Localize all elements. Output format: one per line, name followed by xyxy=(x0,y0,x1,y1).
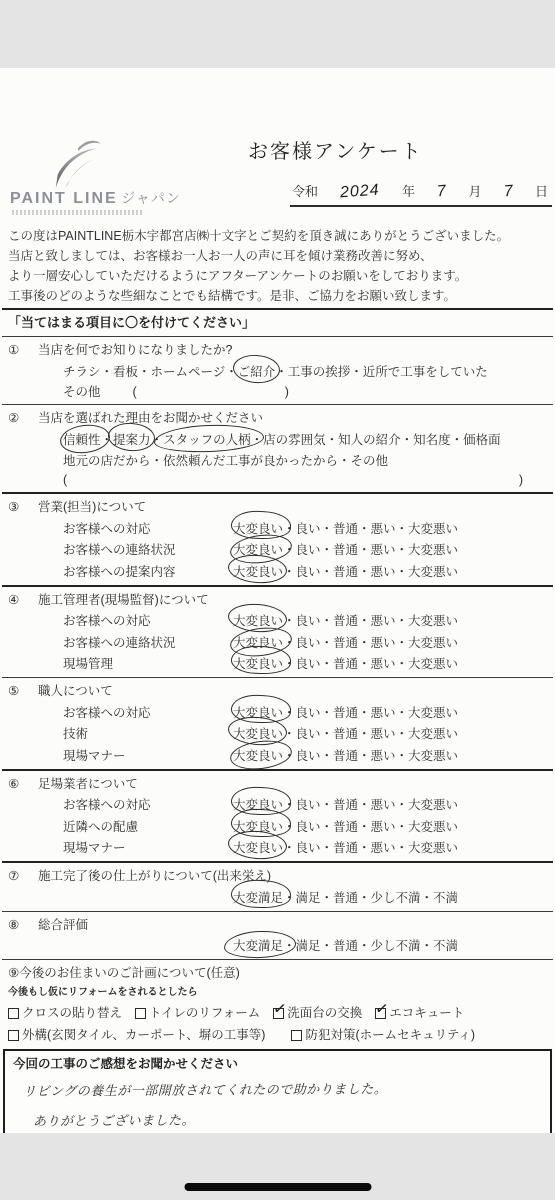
rating-row: 大変満足・満足・普通・少し不満・不満 xyxy=(8,936,547,958)
rating-label: お客様への提案内容 xyxy=(63,562,233,582)
rating-scale: 大変良い・良い・普通・悪い・大変悪い xyxy=(233,562,458,582)
checkbox-label: トイレのリフォーム xyxy=(149,1003,260,1023)
circled-answer: 信頼性 xyxy=(63,430,101,450)
intro-line: より一層安心していただけるようにアフターアンケートのお願いをしております。 xyxy=(8,266,547,286)
checkbox-toilet-reform: トイレのリフォーム xyxy=(135,1003,260,1023)
divider-line xyxy=(2,492,553,494)
question-number: ⑤ xyxy=(8,681,26,701)
question-2-section: ② 当店を選ばれた理由をお聞かせください 信頼性・提案力・スタッフの人柄・店の雰… xyxy=(8,407,547,490)
rating-scale: 大変良い・良い・普通・悪い・大変悪い xyxy=(233,724,458,744)
question-title: 営業(担当)について xyxy=(38,497,146,517)
circled-answer: ご紹介 xyxy=(238,362,276,382)
paren-close: ) xyxy=(285,382,289,402)
intro-line: この度はPAINTLINE栃木宇都宮店㈱十文字とご契約を頂き誠にありがとうござい… xyxy=(8,226,547,246)
checkbox-cloth-replacement: クロスの貼り替え xyxy=(8,1003,122,1023)
paren-open: ( xyxy=(133,382,137,402)
scale-rest: ・満足・普通・少し不満・不満 xyxy=(283,891,458,905)
document-header: PAINT LINE ジャパン お客様アンケート 令和 2024 年 7 月 7… xyxy=(8,68,547,226)
option-text: ・工事の挨拶・近所で工事をしていた xyxy=(275,362,488,382)
other-option-line: その他 ( ) xyxy=(8,382,547,402)
rating-label: お客様への連絡状況 xyxy=(63,633,233,653)
question-title: 職人について xyxy=(38,681,113,701)
date-month-handwritten: 7 xyxy=(437,182,448,203)
checkbox-label: 外構(玄関タイル、カーポート、塀の工事等) xyxy=(22,1025,265,1045)
rating-scale: 大変良い・良い・普通・悪い・大変悪い xyxy=(233,654,458,674)
question-title: 総合評価 xyxy=(38,915,88,935)
divider-line xyxy=(2,308,553,310)
checkbox-box-icon xyxy=(375,1008,386,1019)
question-3-section: ③ 営業(担当)について お客様への対応 大変良い・良い・普通・悪い・大変悪い … xyxy=(8,496,547,583)
question-5-section: ⑤ 職人について お客様への対応 大変良い・良い・普通・悪い・大変悪い 技術 大… xyxy=(8,680,547,767)
rating-row: お客様への連絡状況 大変良い・良い・普通・悪い・大変悪い xyxy=(8,632,547,654)
rating-label: 技術 xyxy=(63,724,233,744)
question-number: ⑨ xyxy=(8,963,19,983)
scale-rest: ・良い・普通・悪い・大変悪い xyxy=(283,636,458,650)
handwritten-comment: ありがとうございました。 xyxy=(13,1108,542,1132)
question-6-section: ⑥ 足場業者について お客様への対応 大変良い・良い・普通・悪い・大変悪い 近隣… xyxy=(8,773,547,860)
scale-rest: ・良い・普通・悪い・大変悪い xyxy=(283,706,458,720)
question-number: ⑦ xyxy=(8,866,26,886)
divider-line xyxy=(2,911,553,912)
checkbox-washstand-exchange: 洗面台の交換 xyxy=(273,1003,362,1023)
checkbox-exterior: 外構(玄関タイル、カーポート、塀の工事等) xyxy=(8,1025,265,1045)
instruction-text: 「当てはまる項目に〇を付けてください」 xyxy=(8,312,547,334)
circled-answer: 提案力 xyxy=(113,430,151,450)
circled-answer: 大変良い xyxy=(233,540,283,560)
other-label: その他 xyxy=(63,382,101,402)
circled-answer: 大変良い xyxy=(233,562,283,582)
option-line: 信頼性・提案力・スタッフの人柄・店の雰囲気・知人の紹介・知名度・価格面 xyxy=(8,429,547,450)
date-era-label: 令和 xyxy=(292,182,318,202)
handwritten-comment: リビングの養生が一部開放されてくれたので助かりました。 xyxy=(13,1078,542,1102)
rating-label: 現場管理 xyxy=(63,654,233,674)
rating-row: 技術 大変良い・良い・普通・悪い・大変悪い xyxy=(8,724,547,746)
question-title: 施工完了後の仕上がりについて(出来栄え) xyxy=(38,866,271,886)
checkbox-label: エコキュート xyxy=(389,1003,464,1023)
paren-open: ( xyxy=(63,470,67,490)
rating-row: お客様への対応 大変良い・良い・普通・悪い・大変悪い xyxy=(8,518,547,540)
brand-name: PAINT LINE xyxy=(10,190,118,207)
survey-document: PAINT LINE ジャパン お客様アンケート 令和 2024 年 7 月 7… xyxy=(0,68,555,1133)
rating-label: 現場マナー xyxy=(63,746,233,766)
rating-label: お客様への対応 xyxy=(63,703,233,723)
question-4-section: ④ 施工管理者(現場監督)について お客様への対応 大変良い・良い・普通・悪い・… xyxy=(8,589,547,676)
date-month-unit: 月 xyxy=(469,182,482,202)
question-number: ① xyxy=(8,340,26,360)
divider-line xyxy=(2,585,553,587)
scale-rest: ・良い・普通・悪い・大変悪い xyxy=(283,522,458,536)
option-text: 地元の店だから・依然頼んだ工事が良かったから・その他 xyxy=(63,451,388,471)
question-1-section: ① 当店を何でお知りになりましたか? チラシ・看板・ホームページ・ご紹介・工事の… xyxy=(8,339,547,402)
rating-row: お客様への提案内容 大変良い・良い・普通・悪い・大変悪い xyxy=(8,561,547,583)
scale-rest: ・良い・普通・悪い・大変悪い xyxy=(283,841,458,855)
rating-row: お客様への連絡状況 大変良い・良い・普通・悪い・大変悪い xyxy=(8,540,547,562)
rating-row: 現場マナー 大変良い・良い・普通・悪い・大変悪い xyxy=(8,838,547,860)
question-title: 当店を何でお知りになりましたか? xyxy=(38,340,232,360)
checkbox-label: 洗面台の交換 xyxy=(287,1003,362,1023)
divider-line xyxy=(2,861,553,863)
question-7-section: ⑦ 施工完了後の仕上がりについて(出来栄え) 大変満足・満足・普通・少し不満・不… xyxy=(8,865,547,909)
checkbox-row: クロスの貼り替え トイレのリフォーム 洗面台の交換 エコキュート xyxy=(8,1002,547,1024)
rating-label: お客様への対応 xyxy=(63,519,233,539)
rating-scale: 大変良い・良い・普通・悪い・大変悪い xyxy=(233,817,458,837)
rating-scale: 大変良い・良い・普通・悪い・大変悪い xyxy=(233,611,458,631)
circled-answer: 大変良い xyxy=(233,795,283,815)
bottom-gray-bar xyxy=(0,1133,555,1200)
option-line: 地元の店だから・依然頼んだ工事が良かったから・その他 xyxy=(8,450,547,471)
rating-scale: 大変良い・良い・普通・悪い・大変悪い xyxy=(233,746,458,766)
checkbox-label: 防犯対策(ホームセキュリティ) xyxy=(305,1025,475,1045)
divider-line xyxy=(2,769,553,771)
rating-scale: 大変良い・良い・普通・悪い・大変悪い xyxy=(233,540,458,560)
option-separator: ・ xyxy=(151,430,164,450)
write-in-line: ( ) xyxy=(8,471,547,490)
rating-label: お客様への対応 xyxy=(63,795,233,815)
checkbox-box-icon xyxy=(291,1030,302,1041)
divider-line xyxy=(2,959,553,960)
circled-answer: 大変満足 xyxy=(233,888,283,908)
checkbox-row: 外構(玄関タイル、カーポート、塀の工事等) 防犯対策(ホームセキュリティ) xyxy=(8,1024,547,1046)
rating-row: お客様への対応 大変良い・良い・普通・悪い・大変悪い xyxy=(8,795,547,817)
intro-line: 工事後のどのような些細なことでも結構です。是非、ご協力をお願い致します。 xyxy=(8,286,547,306)
home-indicator[interactable] xyxy=(184,1183,371,1191)
paren-close: ) xyxy=(519,470,523,490)
rating-scale: 大変良い・良い・普通・悪い・大変悪い xyxy=(233,703,458,723)
question-title: 施工管理者(現場監督)について xyxy=(38,590,209,610)
rating-label: お客様への対応 xyxy=(63,611,233,631)
checkbox-box-icon xyxy=(135,1008,146,1019)
circled-answer: 大変良い xyxy=(233,746,283,766)
scale-rest: ・良い・普通・悪い・大変悪い xyxy=(283,798,458,812)
rating-row: 現場管理 大変良い・良い・普通・悪い・大変悪い xyxy=(8,654,547,676)
intro-line: 当店と致しましては、お客様お一人お一人の声に耳を傾け業務改善に努め、 xyxy=(8,246,547,266)
circled-answer: 大変良い xyxy=(233,611,283,631)
checkbox-label: クロスの貼り替え xyxy=(22,1003,122,1023)
divider-line xyxy=(2,404,553,405)
date-day-unit: 日 xyxy=(535,182,548,202)
question-number: ⑧ xyxy=(8,915,26,935)
comments-section: 今回の工事のご感想をお聞かせください リビングの養生が一部開放されてくれたので助… xyxy=(3,1049,552,1146)
rating-row: お客様への対応 大変良い・良い・普通・悪い・大変悪い xyxy=(8,702,547,724)
option-text: ・店の雰囲気・知人の紹介・知名度・価格面 xyxy=(251,430,501,450)
scale-rest: ・良い・普通・悪い・大変悪い xyxy=(283,543,458,557)
question-number: ② xyxy=(8,408,26,428)
scale-rest: ・良い・普通・悪い・大変悪い xyxy=(283,657,458,671)
date-field: 令和 2024 年 7 月 7 日 xyxy=(290,182,552,207)
question-number: ④ xyxy=(8,590,26,610)
date-year-unit: 年 xyxy=(402,182,415,202)
rating-scale: 大変良い・良い・普通・悪い・大変悪い xyxy=(233,519,458,539)
rating-label: お客様への連絡状況 xyxy=(63,540,233,560)
brand-tagline-illegible xyxy=(12,210,144,215)
circled-answer: 大変満足 xyxy=(233,936,283,956)
checkbox-ecocute: エコキュート xyxy=(375,1003,464,1023)
rating-label: 近隣への配慮 xyxy=(63,817,233,837)
circled-answer: 大変良い xyxy=(233,817,283,837)
question-number: ③ xyxy=(8,497,26,517)
brand-region: ジャパン xyxy=(121,190,181,206)
circled-answer: 大変良い xyxy=(233,633,283,653)
scale-rest: ・満足・普通・少し不満・不満 xyxy=(283,939,458,953)
checkbox-box-icon xyxy=(273,1008,284,1019)
intro-paragraph: この度はPAINTLINE栃木宇都宮店㈱十文字とご契約を頂き誠にありがとうござい… xyxy=(8,226,547,306)
scale-rest: ・良い・普通・悪い・大変悪い xyxy=(283,820,458,834)
option-line: チラシ・看板・ホームページ・ご紹介・工事の挨拶・近所で工事をしていた xyxy=(8,361,547,382)
circled-answer: スタッフの人柄 xyxy=(163,430,251,450)
circled-answer: 大変良い xyxy=(233,654,283,674)
rating-label: 現場マナー xyxy=(63,838,233,858)
rating-row: 現場マナー 大変良い・良い・普通・悪い・大変悪い xyxy=(8,745,547,767)
question-title: 当店を選ばれた理由をお聞かせください xyxy=(38,408,263,428)
rating-scale: 大変良い・良い・普通・悪い・大変悪い xyxy=(233,795,458,815)
question-title: 足場業者について xyxy=(38,774,138,794)
scale-rest: ・良い・普通・悪い・大変悪い xyxy=(283,749,458,763)
checkbox-box-icon xyxy=(8,1008,19,1019)
rating-scale: 大変満足・満足・普通・少し不満・不満 xyxy=(233,888,458,908)
checkbox-security: 防犯対策(ホームセキュリティ) xyxy=(291,1025,475,1045)
question-8-section: ⑧ 総合評価 大変満足・満足・普通・少し不満・不満 xyxy=(8,914,547,958)
rating-scale: 大変良い・良い・普通・悪い・大変悪い xyxy=(233,633,458,653)
question-title: 今後のお住まいのご計画について(任意) xyxy=(19,963,240,983)
circled-answer: 大変良い xyxy=(233,519,283,539)
divider-line xyxy=(2,336,553,337)
paintline-logo-swoosh-icon xyxy=(46,140,104,190)
rating-scale: 大変良い・良い・普通・悪い・大変悪い xyxy=(233,838,458,858)
circled-answer: 大変良い xyxy=(233,724,283,744)
question-9-section: ⑨ 今後のお住まいのご計画について(任意) 今後もし仮にリフォームをされるとした… xyxy=(8,962,547,1046)
scale-rest: ・良い・普通・悪い・大変悪い xyxy=(283,565,458,579)
option-separator: ・ xyxy=(101,430,114,450)
rating-row: 大変満足・満足・普通・少し不満・不満 xyxy=(8,887,547,909)
circled-answer: 大変良い xyxy=(233,703,283,723)
scale-rest: ・良い・普通・悪い・大変悪い xyxy=(283,727,458,741)
rating-row: お客様への対応 大変良い・良い・普通・悪い・大変悪い xyxy=(8,611,547,633)
comments-title: 今回の工事のご感想をお聞かせください xyxy=(13,1054,542,1074)
rating-scale: 大変満足・満足・普通・少し不満・不満 xyxy=(233,936,458,956)
circled-answer: 大変良い xyxy=(233,838,283,858)
date-year-handwritten: 2024 xyxy=(340,181,381,204)
option-text: チラシ・看板・ホームページ・ xyxy=(63,362,238,382)
brand-wordmark: PAINT LINE ジャパン xyxy=(10,188,181,209)
page-title: お客様アンケート xyxy=(248,142,423,162)
date-day-handwritten: 7 xyxy=(503,182,514,203)
scale-rest: ・良い・普通・悪い・大変悪い xyxy=(283,614,458,628)
checkbox-box-icon xyxy=(8,1030,19,1041)
rating-row: 近隣への配慮 大変良い・良い・普通・悪い・大変悪い xyxy=(8,816,547,838)
question-number: ⑥ xyxy=(8,774,26,794)
divider-line xyxy=(2,677,553,678)
top-gray-bar xyxy=(0,0,555,69)
phone-screenshot: PAINT LINE ジャパン お客様アンケート 令和 2024 年 7 月 7… xyxy=(0,0,555,1200)
